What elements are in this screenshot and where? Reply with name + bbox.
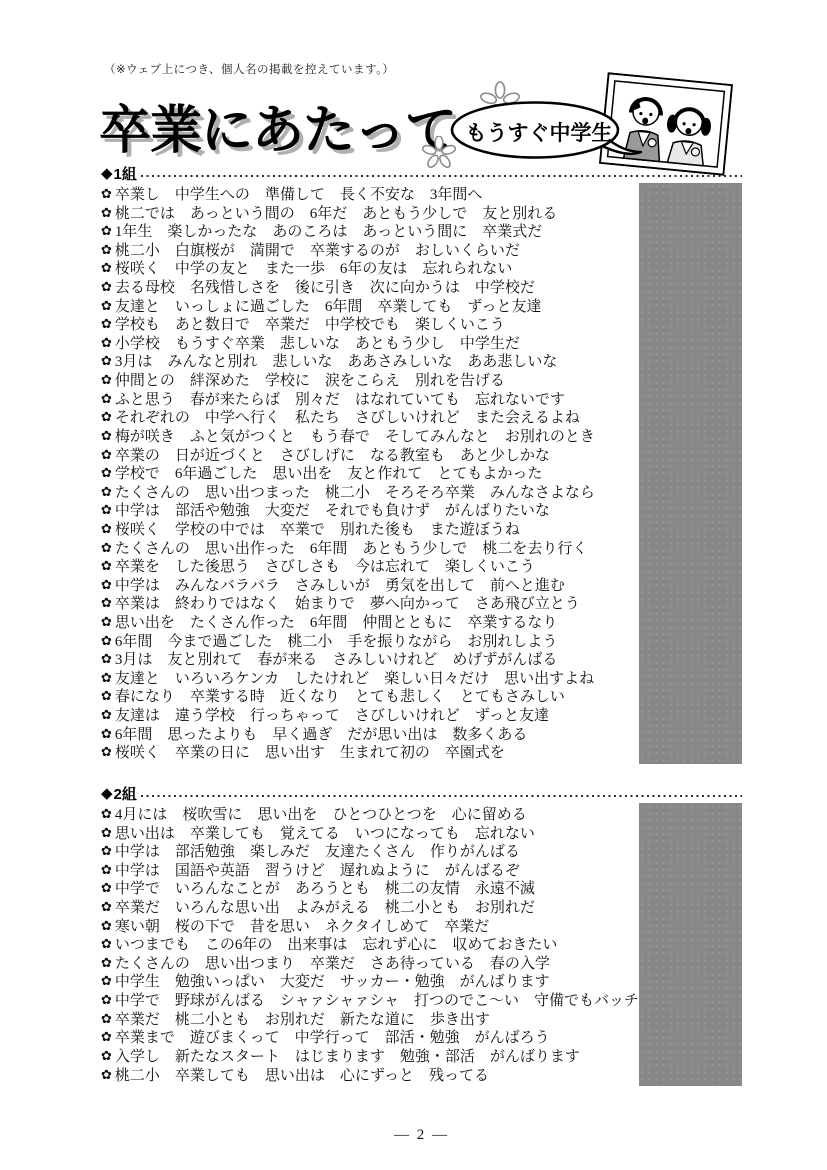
poem-text: 友達と いろいろケンカ したけれど 楽しい日々だけ 思い出すよね — [115, 671, 594, 687]
flower-bullet-icon: ✿ — [101, 503, 112, 518]
page-number: ― 2 ― — [101, 1127, 742, 1144]
privacy-note: （※ウェブ上につき、個人名の掲載を控えています。） — [104, 61, 394, 77]
poem-text: 3月は みんなと別れ 悲しいな ああさみしいな ああ悲しいな — [115, 354, 558, 370]
flower-bullet-icon: ✿ — [101, 187, 112, 202]
poem-text: 寒い朝 桜の下で 昔を思い ネクタイしめて 卒業だ — [115, 919, 489, 935]
poem-text: 桃二小 白旗桜が 満開で 卒業するのが おしいくらいだ — [115, 243, 520, 259]
flower-bullet-icon: ✿ — [101, 1049, 112, 1064]
poem-text: 4月には 桜吹雪に 思い出を ひとつひとつを 心に留める — [115, 807, 527, 823]
poem-text: 入学し 新たなスタート はじまります 勉強・部活 がんばります — [115, 1049, 580, 1065]
flower-bullet-icon: ✿ — [101, 578, 112, 593]
flower-bullet-icon: ✿ — [101, 392, 112, 407]
flower-bullet-icon: ✿ — [101, 206, 112, 221]
poem-text: いつまでも この6年の 出来事は 忘れず心に 収めておきたい — [115, 937, 558, 953]
name-redaction-bar — [639, 803, 742, 1086]
poem-text: 中学は 部活や勉強 大変だ それでも負けず がんばりたいな — [115, 503, 550, 519]
poem-text: 1年生 楽しかったな あのころは あっという間に 卒業式だ — [115, 224, 542, 240]
poem-text: 桜咲く 学校の中では 卒業で 別れた後も また遊ぼうね — [115, 522, 520, 538]
flower-bullet-icon: ✿ — [101, 448, 112, 463]
flower-bullet-icon: ✿ — [101, 522, 112, 537]
poem-text: 思い出を たくさん作った 6年間 仲間とともに 卒業するなり — [115, 615, 558, 631]
speech-bubble-text: もうすぐ中学生 — [455, 117, 623, 147]
poem-text: 卒業は 終わりではなく 始まりで 夢へ向かって さあ飛び立とう — [115, 596, 580, 612]
flower-bullet-icon: ✿ — [101, 336, 112, 351]
flower-bullet-icon: ✿ — [101, 634, 112, 649]
flower-bullet-icon: ✿ — [101, 559, 112, 574]
section-label: 1組 — [114, 163, 137, 184]
flower-bullet-icon: ✿ — [101, 1068, 112, 1083]
poem-text: 中学で いろんなことが あろうとも 桃二の友情 永遠不滅 — [115, 881, 535, 897]
poem-text: 6年間 今まで過ごした 桃二小 手を振りながら お別れしよう — [115, 634, 558, 650]
poem-text: 仲間との 絆深めた 学校に 涙をこらえ 別れを告げる — [115, 373, 505, 389]
flower-bullet-icon: ✿ — [101, 974, 112, 989]
flower-bullet-icon: ✿ — [101, 615, 112, 630]
poem-text: 学校で 6年過ごした 思い出を 友と作れて とてもよかった — [115, 466, 543, 482]
flower-bullet-icon: ✿ — [101, 243, 112, 258]
flower-bullet-icon: ✿ — [101, 373, 112, 388]
poem-text: たくさんの 思い出つまった 桃二小 そろそろ卒業 みんなさよなら — [115, 485, 595, 501]
flower-bullet-icon: ✿ — [101, 280, 112, 295]
flower-bullet-icon: ✿ — [101, 652, 112, 667]
poem-text: 友達と いっしょに過ごした 6年間 卒業しても ずっと友達 — [115, 299, 542, 315]
flower-bullet-icon: ✿ — [101, 596, 112, 611]
flower-bullet-icon: ✿ — [101, 881, 112, 896]
dotted-divider — [141, 175, 742, 178]
poem-text: 卒業の 日が近づくと さびしげに なる教室も あと少しかな — [115, 448, 550, 464]
dotted-divider — [141, 795, 742, 798]
poem-text: 桜咲く 卒業の日に 思い出す 生まれて初の 卒園式を — [115, 745, 505, 761]
poem-text: 桃二では あっという間の 6年だ あともう少しで 友と別れる — [115, 206, 557, 222]
poem-text: 去る母校 名残惜しさを 後に引き 次に向かうは 中学校だ — [115, 280, 535, 296]
diamond-icon: ◆ — [101, 784, 113, 802]
speech-bubble: もうすぐ中学生 — [448, 100, 644, 164]
poem-text: ふと思う 春が来たらば 別々だ はなれていても 忘れないです — [115, 392, 565, 408]
flower-bullet-icon: ✿ — [101, 299, 112, 314]
poem-text: 中学で 野球がんばる シャァシャァシャ 打つのでこ〜い 守備でもバッチコイ — [115, 993, 668, 1009]
poem-text: 春になり 卒業する時 近くなり とても悲しく とてもさみしい — [115, 689, 565, 705]
flower-bullet-icon: ✿ — [101, 844, 112, 859]
poem-text: 中学は みんなバラバラ さみしいが 勇気を出して 前へと進む — [115, 578, 565, 594]
poem-text: 思い出は 卒業しても 覚えてる いつになっても 忘れない — [115, 826, 535, 842]
poem-text: 桜咲く 中学の友と また一歩 6年の友は 忘れられない — [115, 261, 513, 277]
flower-bullet-icon: ✿ — [101, 224, 112, 239]
poem-text: 中学は 国語や英語 習うけど 遅れぬように がんばるぞ — [115, 863, 520, 879]
poem-text: 学校も あと数日で 卒業だ 中学校でも 楽しくいこう — [115, 317, 505, 333]
flower-bullet-icon: ✿ — [101, 429, 112, 444]
flower-bullet-icon: ✿ — [101, 671, 112, 686]
flower-bullet-icon: ✿ — [101, 745, 112, 760]
name-redaction-bar — [639, 183, 742, 764]
poem-text: 3月は 友と別れて 春が来る さみしいけれど めげずがんばる — [115, 652, 558, 668]
flower-bullet-icon: ✿ — [101, 900, 112, 915]
flower-bullet-icon: ✿ — [101, 317, 112, 332]
poem-text: たくさんの 思い出作った 6年間 あともう少しで 桃二を去り行く — [115, 541, 588, 557]
flower-bullet-icon: ✿ — [101, 956, 112, 971]
poem-text: 卒業まで 遊びまくって 中学行って 部活・勉強 がんばろう — [115, 1030, 550, 1046]
section-header: ◆ 2組 — [101, 784, 742, 802]
flower-bullet-icon: ✿ — [101, 261, 112, 276]
page-title: 卒業にあたって — [99, 88, 456, 163]
flower-bullet-icon: ✿ — [101, 826, 112, 841]
flower-bullet-icon: ✿ — [101, 1030, 112, 1045]
flower-bullet-icon: ✿ — [101, 689, 112, 704]
poem-text: 卒業だ いろんな思い出 よみがえる 桃二小とも お別れだ — [115, 900, 535, 916]
flower-bullet-icon: ✿ — [101, 410, 112, 425]
flower-bullet-icon: ✿ — [101, 919, 112, 934]
poem-text: 6年間 思ったよりも 早く過ぎ だが思い出は 数多くある — [115, 727, 528, 743]
poem-text: それぞれの 中学へ行く 私たち さびしいけれど また会えるよね — [115, 410, 580, 426]
newsletter-page: （※ウェブ上につき、個人名の掲載を控えています。） 卒業にあたって — [0, 0, 827, 1170]
flower-bullet-icon: ✿ — [101, 354, 112, 369]
section-label: 2組 — [114, 783, 137, 804]
poem-text: 梅が咲き ふと気がつくと もう春で そしてみんなと お別れのとき — [115, 429, 595, 445]
flower-bullet-icon: ✿ — [101, 708, 112, 723]
flower-bullet-icon: ✿ — [101, 863, 112, 878]
flower-bullet-icon: ✿ — [101, 485, 112, 500]
poem-text: 中学生 勉強いっぱい 大変だ サッカー・勉強 がんばります — [115, 974, 550, 990]
poem-text: 中学は 部活勉強 楽しみだ 友達たくさん 作りがんばる — [115, 844, 520, 860]
flower-bullet-icon: ✿ — [101, 937, 112, 952]
flower-bullet-icon: ✿ — [101, 807, 112, 822]
poem-text: 小学校 もうすぐ卒業 悲しいな あともう少し 中学生だ — [115, 336, 520, 352]
flower-bullet-icon: ✿ — [101, 466, 112, 481]
poem-text: 卒業し 中学生への 準備して 長く不安な 3年間へ — [115, 187, 483, 203]
flower-bullet-icon: ✿ — [101, 1012, 112, 1027]
poem-text: たくさんの 思い出つまり 卒業だ さあ待っている 春の入学 — [115, 956, 550, 972]
poem-text: 卒業を した後思う さびしさも 今は忘れて 楽しくいこう — [115, 559, 535, 575]
poem-text: 卒業だ 桃二小とも お別れだ 新たな道に 歩き出す — [115, 1012, 490, 1028]
flower-bullet-icon: ✿ — [101, 541, 112, 556]
poem-text: 友達は 違う学校 行っちゃって さびしいけれど ずっと友達 — [115, 708, 549, 724]
poem-text: 桃二小 卒業しても 思い出は 心にずっと 残ってる — [115, 1068, 489, 1084]
diamond-icon: ◆ — [101, 164, 113, 182]
flower-bullet-icon: ✿ — [101, 727, 112, 742]
flower-bullet-icon: ✿ — [101, 993, 112, 1008]
